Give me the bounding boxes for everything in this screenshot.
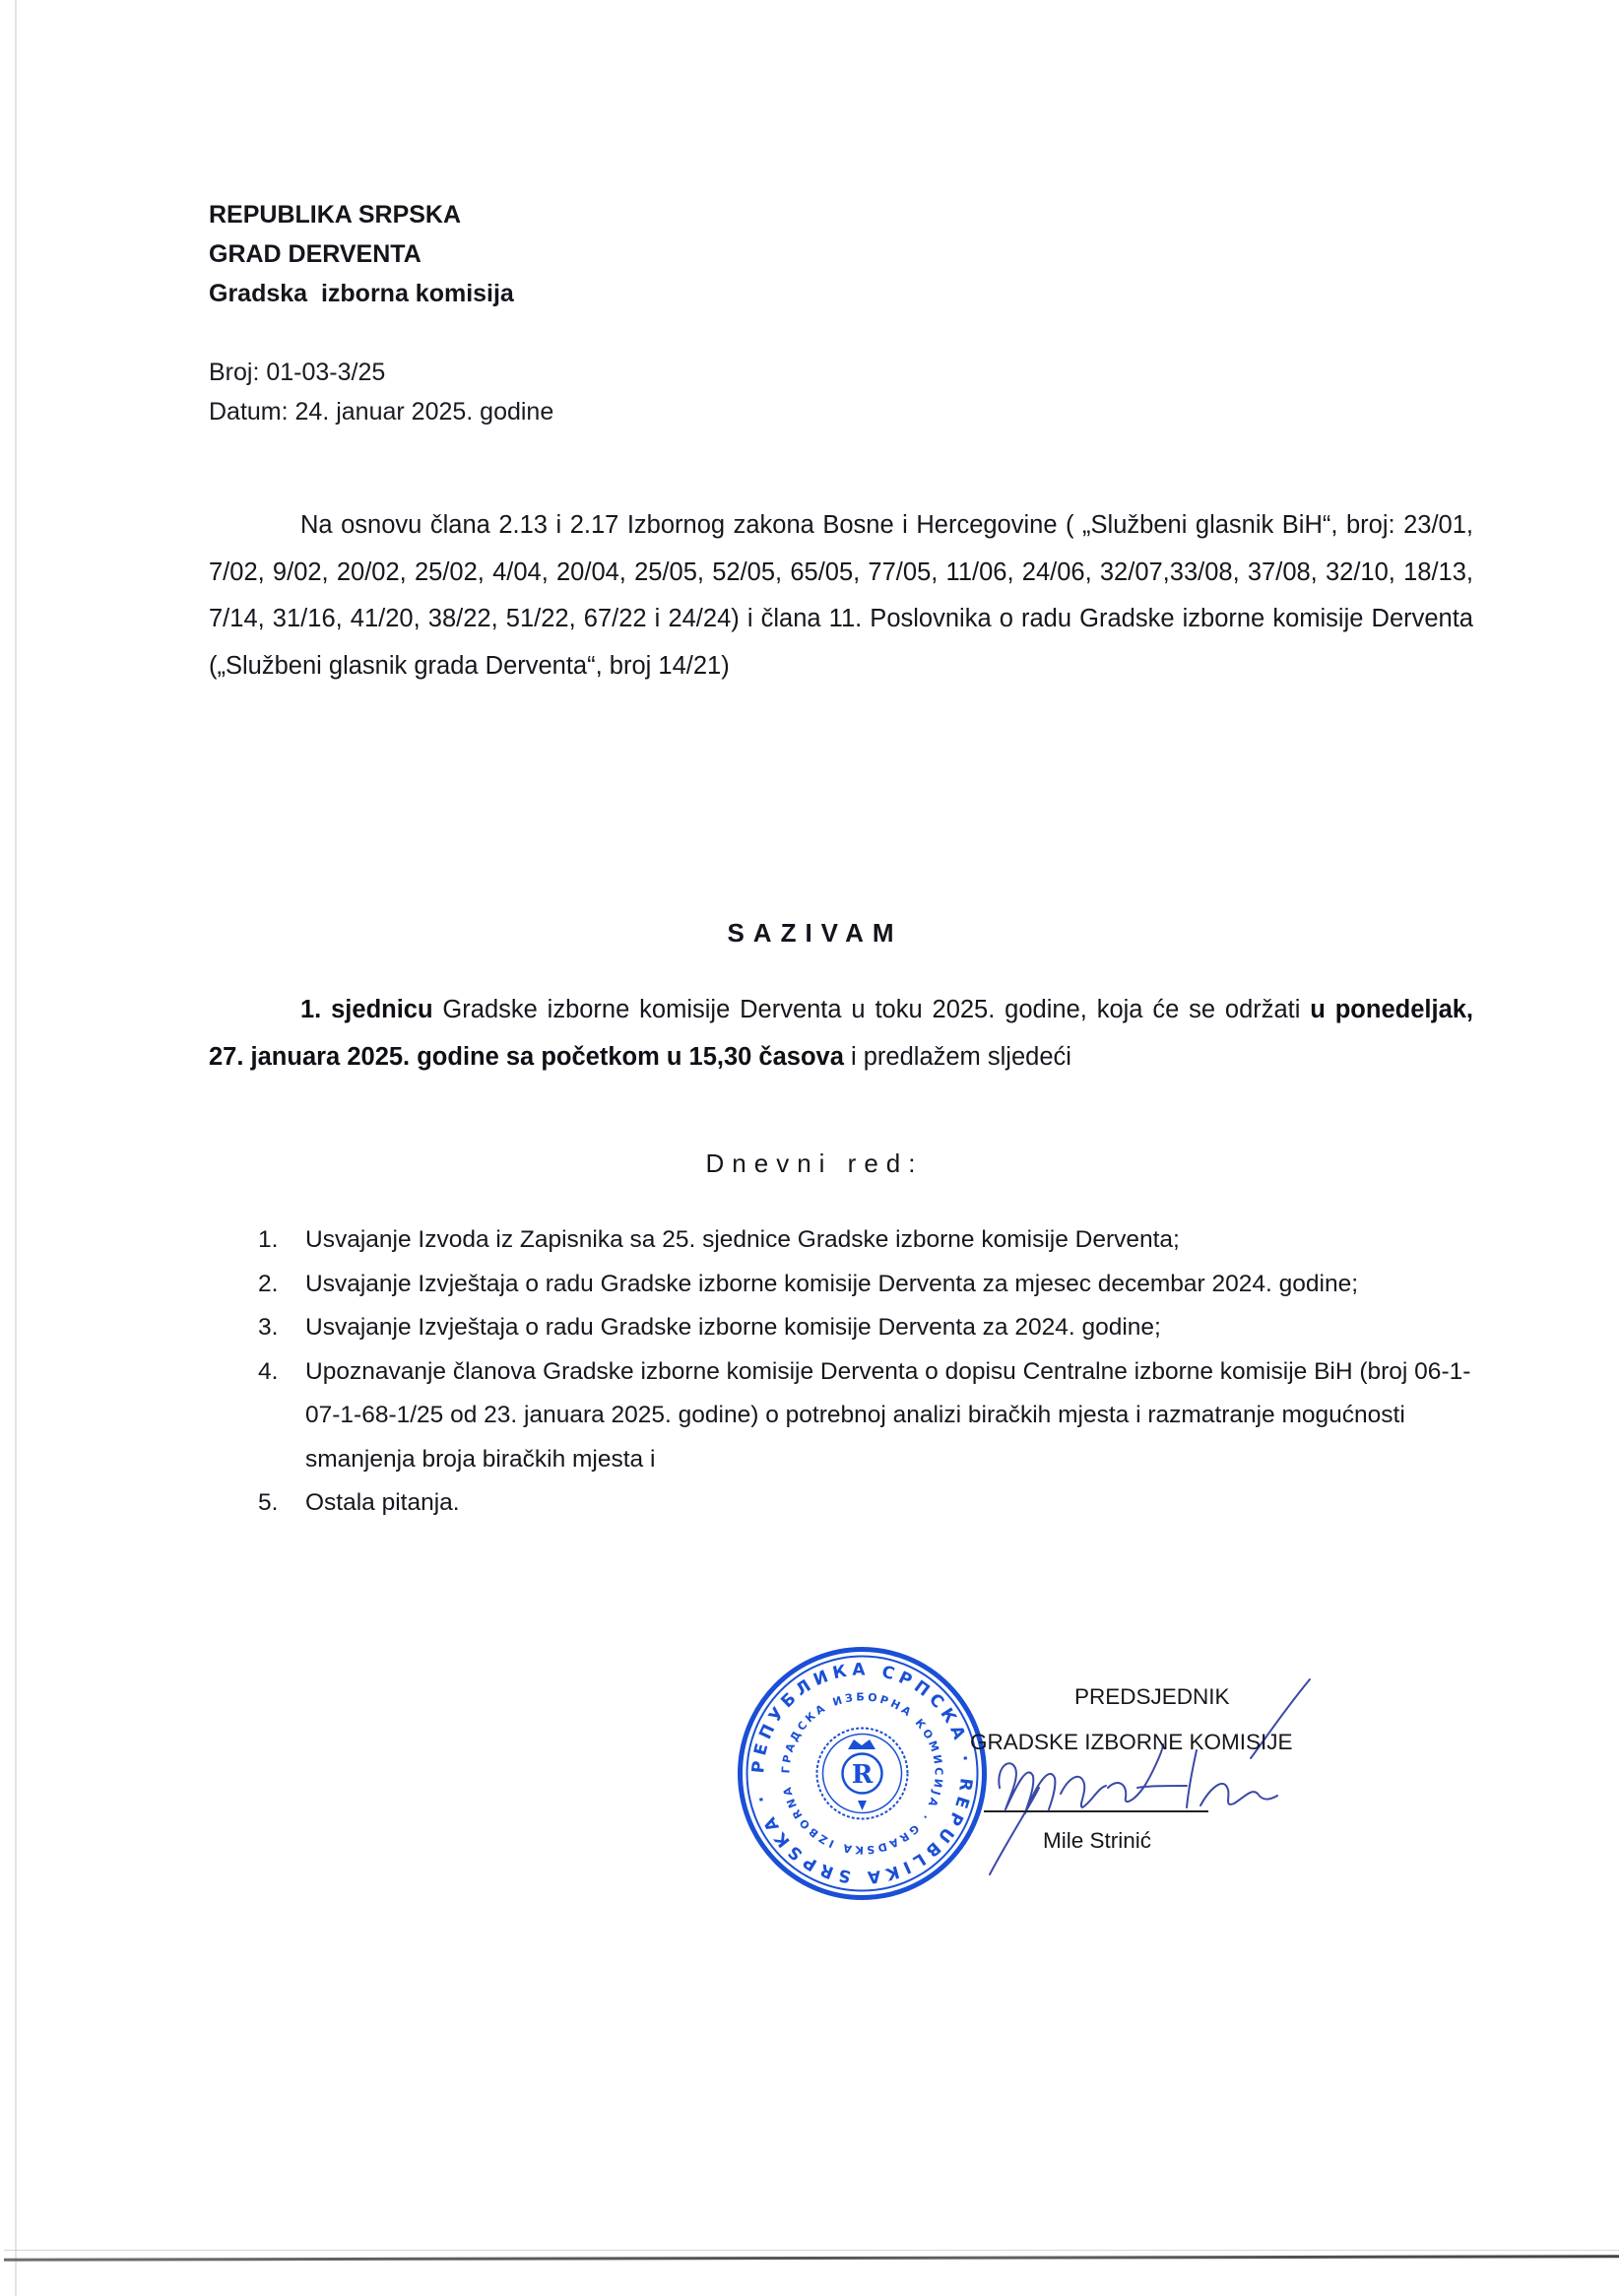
agenda-item-number: 2.: [258, 1263, 278, 1307]
header-city: GRAD DERVENTA: [209, 234, 514, 274]
signatory-role: PREDSJEDNIK: [1074, 1684, 1230, 1710]
svg-text:R: R: [852, 1760, 874, 1790]
reference-number: Broj: 01-03-3/25: [209, 353, 553, 392]
session-paragraph: 1. sjednicu Gradske izborne komisije Der…: [209, 987, 1473, 1081]
agenda-title-text: Dnevni red:: [698, 1148, 924, 1178]
issuer-header: REPUBLIKA SRPSKA GRAD DERVENTA Gradska i…: [209, 195, 514, 313]
agenda-item: 1. Usvajanje Izvoda iz Zapisnika sa 25. …: [254, 1218, 1475, 1263]
document-reference: Broj: 01-03-3/25 Datum: 24. januar 2025.…: [209, 353, 553, 431]
agenda-item-number: 1.: [258, 1218, 278, 1263]
session-proposal: i predlažem sljedeći: [844, 1043, 1071, 1071]
legal-basis-paragraph: Na osnovu člana 2.13 i 2.17 Izbornog zak…: [209, 502, 1473, 689]
session-number: 1. sjednicu: [300, 996, 433, 1023]
agenda-item-text: Usvajanje Izvoda iz Zapisnika sa 25. sje…: [305, 1226, 1180, 1253]
scan-line-artifact: [4, 2250, 1619, 2251]
agenda-item: 4. Upoznavanje članova Gradske izborne k…: [254, 1350, 1475, 1482]
header-commission: Gradska izborna komisija: [209, 274, 514, 313]
signatory-body: GRADSKE IZBORNE KOMISIJE: [970, 1730, 1293, 1755]
signatory-name: Mile Strinić: [1043, 1828, 1151, 1854]
agenda-title: Dnevni red:: [0, 1148, 1621, 1179]
agenda-item: 5. Ostala pitanja.: [254, 1481, 1475, 1526]
agenda-item-text: Usvajanje Izvještaja o radu Gradske izbo…: [305, 1314, 1161, 1341]
signature-line: [984, 1810, 1208, 1812]
scan-line-artifact: [4, 2255, 1619, 2261]
header-republic: REPUBLIKA SRPSKA: [209, 195, 514, 234]
agenda-item-number: 3.: [258, 1306, 278, 1350]
document-page: REPUBLIKA SRPSKA GRAD DERVENTA Gradska i…: [0, 0, 1621, 2296]
agenda-item-text: Usvajanje Izvještaja o radu Gradske izbo…: [305, 1271, 1358, 1297]
title-text: SAZIVAM: [718, 918, 902, 948]
agenda-item: 2. Usvajanje Izvještaja o radu Gradske i…: [254, 1263, 1475, 1307]
official-seal-icon: РЕПУБЛИКА СРПСКА · REPUBLIKA SRPSKA · ГР…: [732, 1643, 993, 1904]
agenda-list: 1. Usvajanje Izvoda iz Zapisnika sa 25. …: [254, 1218, 1475, 1526]
session-description: Gradske izborne komisije Derventa u toku…: [433, 996, 1311, 1023]
reference-date: Datum: 24. januar 2025. godine: [209, 392, 553, 431]
agenda-item-text: Ostala pitanja.: [305, 1489, 460, 1516]
agenda-item-text: Upoznavanje članova Gradske izborne komi…: [305, 1358, 1470, 1473]
document-title: SAZIVAM: [0, 918, 1621, 949]
agenda-item-number: 5.: [258, 1481, 278, 1526]
agenda-item: 3. Usvajanje Izvještaja o radu Gradske i…: [254, 1306, 1475, 1350]
agenda-item-number: 4.: [258, 1350, 278, 1395]
